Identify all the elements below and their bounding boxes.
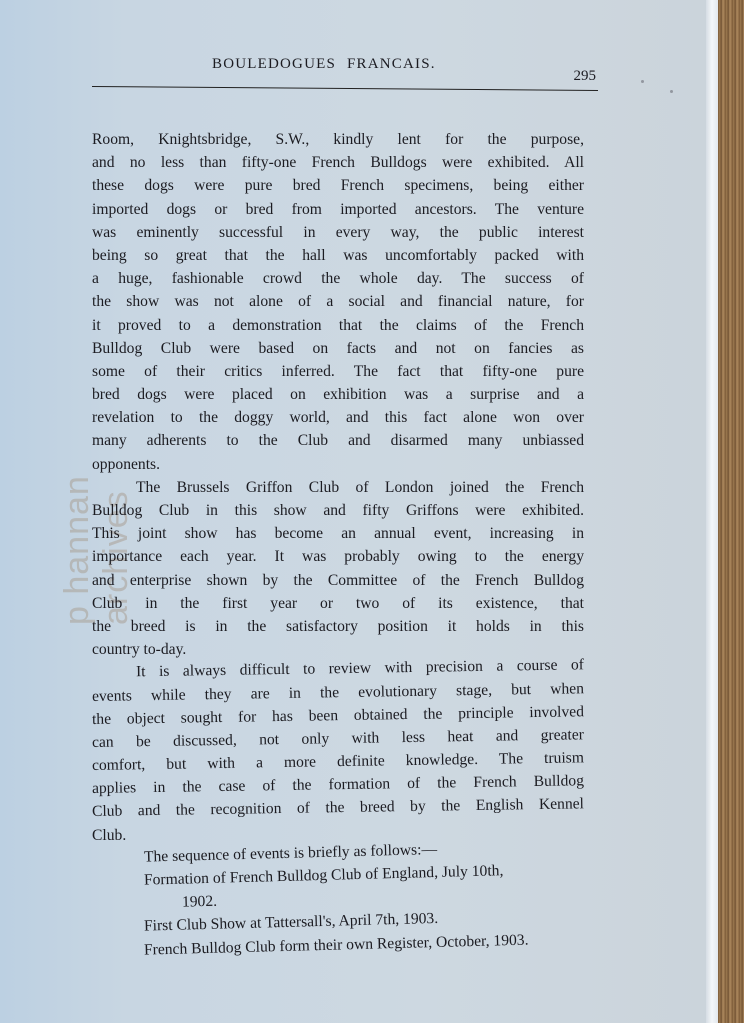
event-sequence: The sequence of events is briefly as fol… bbox=[92, 847, 584, 963]
paper-speck bbox=[641, 80, 644, 83]
text-line: imported dogs or bred from imported ance… bbox=[92, 198, 584, 221]
text-line: a huge, fashionable crowd the whole day.… bbox=[92, 267, 584, 290]
text-line: Club in the first year or two of its exi… bbox=[92, 592, 584, 615]
text-line: some of their critics inferred. The fact… bbox=[92, 360, 584, 383]
text-line: This joint show has become an annual eve… bbox=[92, 522, 584, 545]
text-line: the breed is in the satisfactory positio… bbox=[92, 615, 584, 638]
text-line: and enterprise shown by the Committee of… bbox=[92, 569, 584, 592]
text-line: and no less than fifty-one French Bulldo… bbox=[92, 151, 584, 174]
text-line: bred dogs were placed on exhibition was … bbox=[92, 383, 584, 406]
text-line: being so great that the hall was uncomfo… bbox=[92, 244, 584, 267]
text-line: the show was not alone of a social and f… bbox=[92, 290, 584, 313]
text-line: it proved to a demonstration that the cl… bbox=[92, 314, 584, 337]
paper-speck bbox=[670, 90, 673, 93]
text-line: importance each year. It was probably ow… bbox=[92, 545, 584, 568]
text-line: Room, Knightsbridge, S.W., kindly lent f… bbox=[92, 128, 584, 151]
body-text: Room, Knightsbridge, S.W., kindly lent f… bbox=[92, 128, 584, 963]
text-line: Bulldog Club were based on facts and not… bbox=[92, 337, 584, 360]
book-page-edges bbox=[718, 0, 744, 1023]
text-line: revelation to the doggy world, and this … bbox=[92, 406, 584, 429]
page-edge bbox=[706, 0, 718, 1023]
text-line: these dogs were pure bred French specime… bbox=[92, 174, 584, 197]
paragraph: The Brussels Griffon Club of London join… bbox=[92, 476, 584, 662]
page-header: BOULEDOGUES FRANCAIS. 295 bbox=[92, 52, 598, 96]
text-line: many adherents to the Club and disarmed … bbox=[92, 429, 584, 452]
page-number: 295 bbox=[574, 68, 597, 85]
text-line: The Brussels Griffon Club of London join… bbox=[92, 476, 584, 499]
text-line: opponents. bbox=[92, 453, 584, 476]
running-title: BOULEDOGUES FRANCAIS. bbox=[212, 56, 436, 73]
header-rule bbox=[92, 86, 598, 91]
book-page: BOULEDOGUES FRANCAIS. 295 p hannan archi… bbox=[0, 0, 706, 1023]
paragraph: Room, Knightsbridge, S.W., kindly lent f… bbox=[92, 128, 584, 476]
text-line: was eminently successful in every way, t… bbox=[92, 221, 584, 244]
text-line: Bulldog Club in this show and fifty Grif… bbox=[92, 499, 584, 522]
paragraph: It is always difficult to review with pr… bbox=[92, 661, 584, 847]
